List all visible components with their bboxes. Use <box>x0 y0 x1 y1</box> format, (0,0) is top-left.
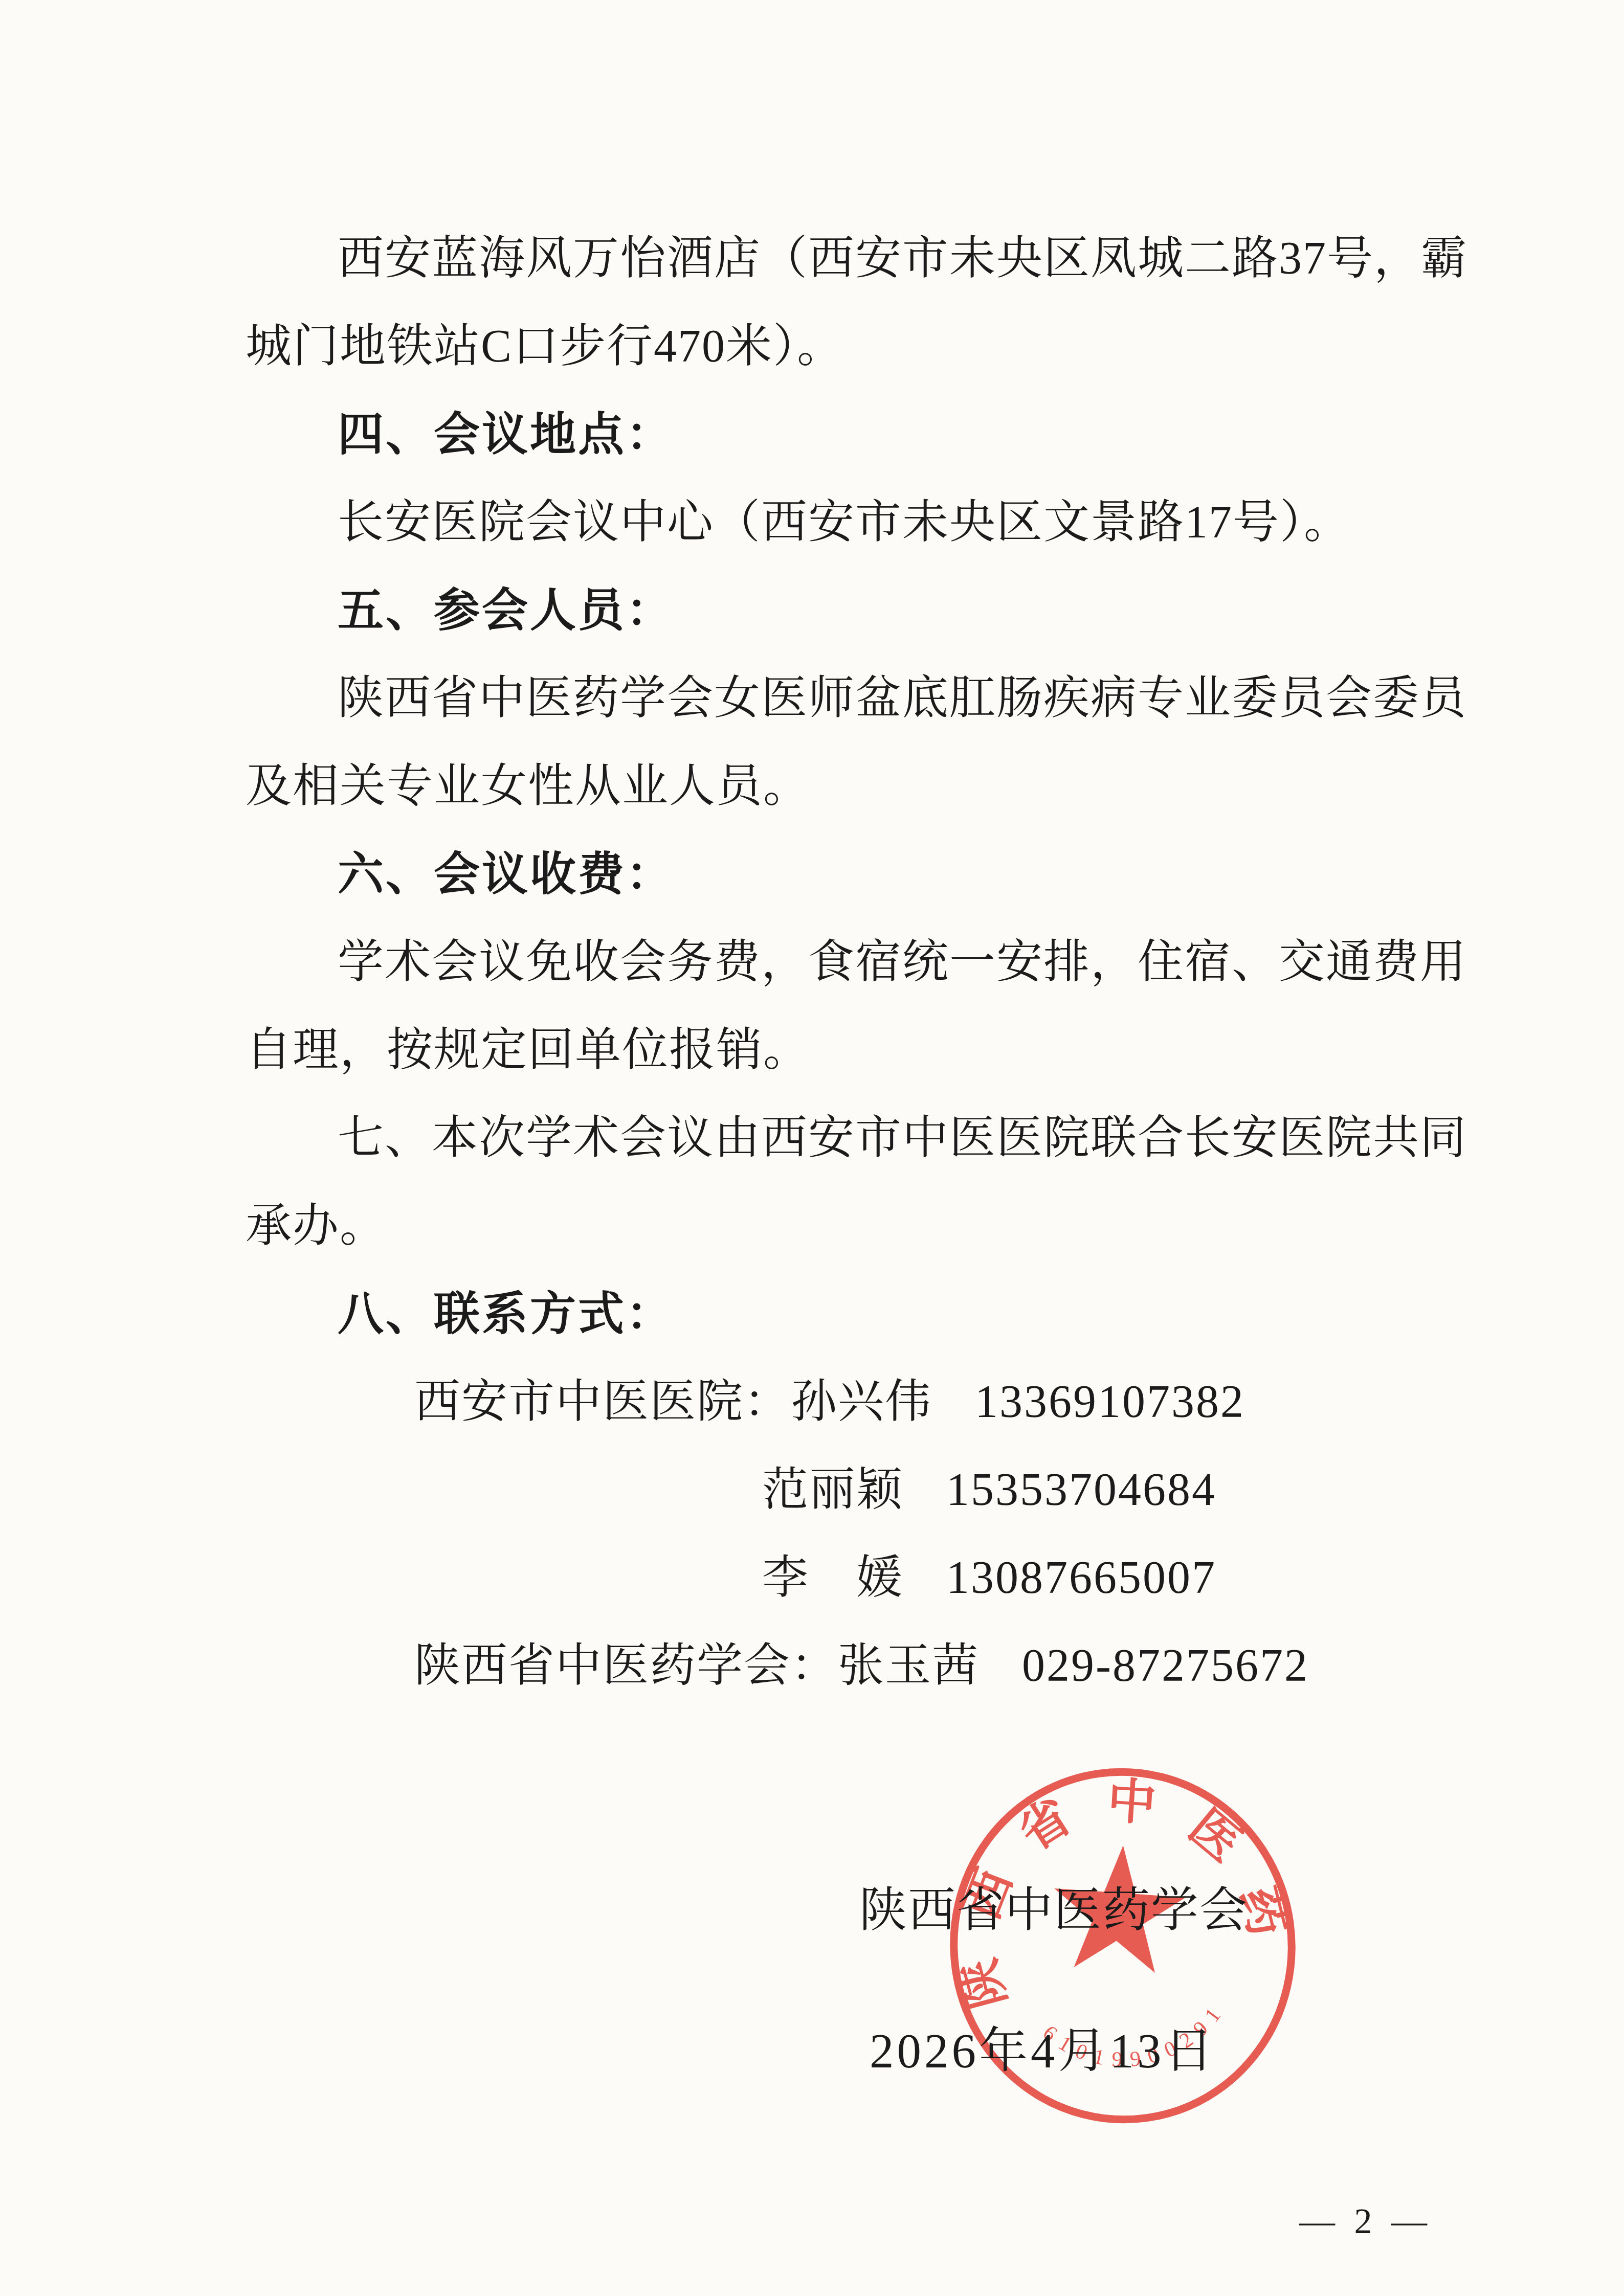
paragraph: 陕西省中医药学会女医师盆底肛肠疾病专业委员会委员 <box>246 655 1386 742</box>
page-number: — 2 — <box>1299 2201 1432 2242</box>
contact-phone: 15353704684 <box>946 1446 1216 1534</box>
signature-organization: 陕西省中医药学会 <box>859 1872 1248 1940</box>
contact-name: 李 媛 <box>762 1534 946 1622</box>
paragraph: 西安蓝海风万怡酒店（西安市未央区凤城二路37号，霸 <box>246 215 1386 303</box>
contact-phone: 029-87275672 <box>1022 1622 1309 1710</box>
contact-name: 孙兴伟 <box>791 1358 975 1446</box>
paragraph: 承办。 <box>246 1182 1386 1270</box>
contact-phone: 13369107382 <box>975 1358 1245 1446</box>
contact-name: 张玉茜 <box>838 1622 1022 1710</box>
contact-row: 李 媛 13087665007 <box>246 1534 1386 1622</box>
contact-org <box>414 1534 762 1622</box>
paragraph: 自理，按规定回单位报销。 <box>246 1006 1386 1094</box>
paragraph: 及相关专业女性从业人员。 <box>246 742 1386 830</box>
official-seal: 陕西省中医药学会 61019900291 <box>906 1727 1340 2165</box>
section-heading-6: 六、会议收费： <box>246 830 1386 918</box>
paragraph: 城门地铁站C口步行470米）。 <box>246 303 1386 391</box>
section-heading-8: 八、联系方式： <box>246 1270 1386 1358</box>
section-heading-4: 四、会议地点： <box>246 391 1386 479</box>
contact-org: 西安市中医医院： <box>414 1358 791 1446</box>
document-body: 西安蓝海风万怡酒店（西安市未央区凤城二路37号，霸 城门地铁站C口步行470米）… <box>246 215 1386 1710</box>
contact-name: 范丽颖 <box>762 1446 946 1534</box>
contact-row: 范丽颖 15353704684 <box>246 1446 1386 1534</box>
contact-phone: 13087665007 <box>946 1534 1216 1622</box>
section-heading-5: 五、参会人员： <box>246 567 1386 655</box>
contact-org <box>414 1446 762 1534</box>
document-page: 西安蓝海风万怡酒店（西安市未央区凤城二路37号，霸 城门地铁站C口步行470米）… <box>0 0 1624 2296</box>
contact-org: 陕西省中医药学会： <box>414 1622 838 1710</box>
signature-date: 2026年4月13日 <box>870 2012 1216 2082</box>
paragraph: 学术会议免收会务费，食宿统一安排，住宿、交通费用 <box>246 918 1386 1006</box>
contact-row: 西安市中医医院： 孙兴伟 13369107382 <box>246 1358 1386 1446</box>
paragraph: 长安医院会议中心（西安市未央区文景路17号）。 <box>246 479 1386 567</box>
paragraph: 七、本次学术会议由西安市中医医院联合长安医院共同 <box>246 1094 1386 1182</box>
contact-row: 陕西省中医药学会： 张玉茜 029-87275672 <box>246 1622 1386 1710</box>
